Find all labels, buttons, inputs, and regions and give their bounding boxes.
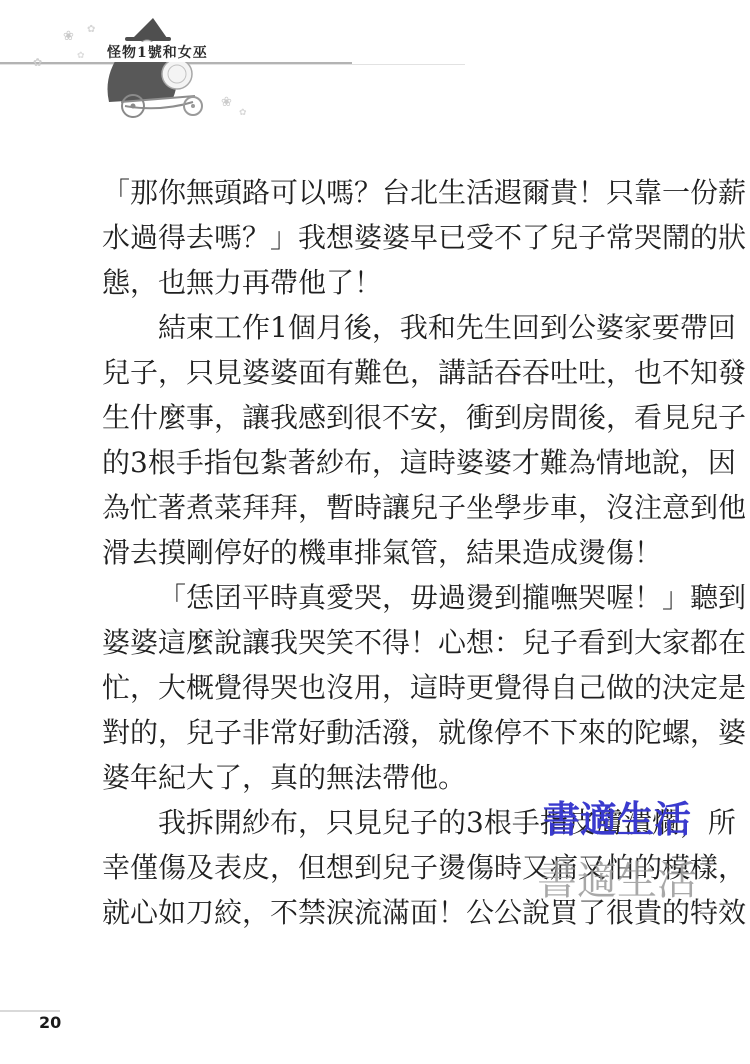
text-line: 滑去摸剛停好的機車排氣管，結果造成燙傷！ <box>102 530 654 575</box>
text-line: 婆婆這麼說讓我哭笑不得！心想：兒子看到大家都在 <box>102 620 654 665</box>
text-line: 就心如刀絞，不禁淚流滿面！公公說買了很貴的特效 <box>102 890 654 935</box>
witch-hat <box>131 18 167 40</box>
flower-icon: ❀ <box>63 29 74 44</box>
text-line: 婆年紀大了，真的無法帶他。 <box>102 755 654 800</box>
text-line: 的3根手指包紮著紗布，這時婆婆才難為情地說，因 <box>102 440 654 485</box>
text-line: 我拆開紗布，只見兒子的3根手指皮膚潰爛，所 <box>102 800 654 845</box>
text-line: 「恁囝平時真愛哭，毋過燙到攏嘸哭喔！」聽到 <box>102 575 654 620</box>
flower-icon: ✿ <box>87 24 95 35</box>
text-line: 水過得去嗎？」我想婆婆早已受不了兒子常哭鬧的狀 <box>102 215 654 260</box>
text-line: 結束工作1個月後，我和先生回到公婆家要帶回 <box>102 305 654 350</box>
text-line: 幸僅傷及表皮，但想到兒子燙傷時又痛又怕的模樣， <box>102 845 654 890</box>
body-text: 「那你無頭路可以嗎？台北生活遐爾貴！只靠一份薪 水過得去嗎？」我想婆婆早已受不了… <box>102 170 654 935</box>
flower-icon: ✿ <box>33 56 42 69</box>
text-line: 忙，大概覺得哭也沒用，這時更覺得自己做的決定是 <box>102 665 654 710</box>
text-line: 對的，兒子非常好動活潑，就像停不下來的陀螺，婆 <box>102 710 654 755</box>
text-line: 態，也無力再帶他了！ <box>102 260 654 305</box>
text-line: 生什麼事，讓我感到很不安，衝到房間後，看見兒子 <box>102 395 654 440</box>
witch-illustration: ✿ ❀ ✿ ✿ ❀ ✿ <box>25 18 275 118</box>
flower-icon: ✿ <box>239 108 247 118</box>
book-title: 怪物1號和女巫 <box>105 42 210 62</box>
text-line: 兒子，只見婆婆面有難色，講話吞吞吐吐，也不知發 <box>102 350 654 395</box>
flower-icon: ❀ <box>221 95 232 110</box>
flower-icon: ✿ <box>77 51 85 61</box>
page-number: 20 <box>39 1013 61 1032</box>
footer-divider <box>0 1010 60 1012</box>
text-line: 「那你無頭路可以嗎？台北生活遐爾貴！只靠一份薪 <box>102 170 654 215</box>
text-line: 為忙著煮菜拜拜，暫時讓兒子坐學步車，沒注意到他 <box>102 485 654 530</box>
